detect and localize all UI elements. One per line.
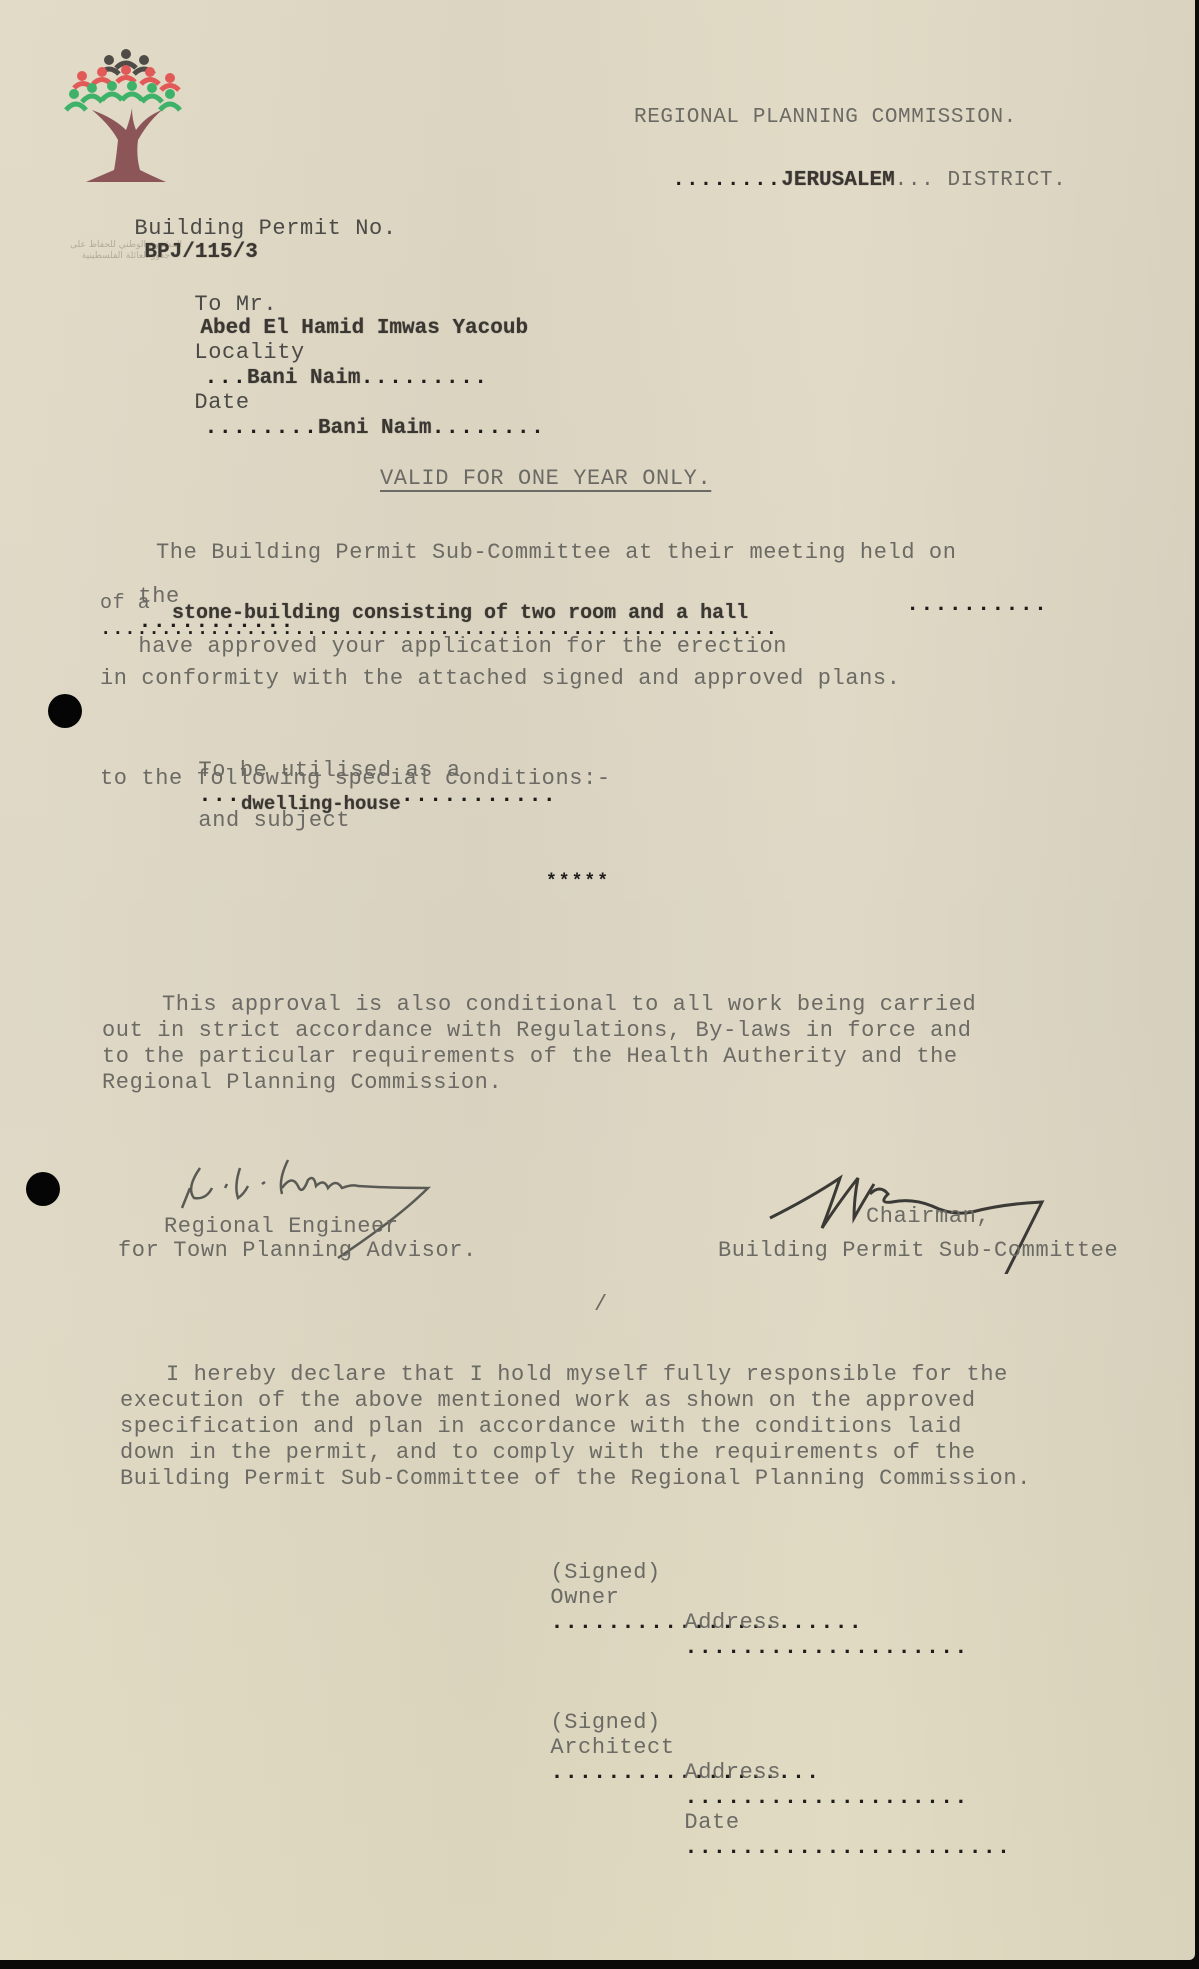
section-separator: *****: [546, 872, 610, 892]
owner-address-field[interactable]: ....................: [684, 1635, 968, 1660]
erection-dots: ..........: [906, 592, 1048, 617]
permit-number-label: Building Permit No.: [134, 216, 396, 241]
declaration-line5: Building Permit Sub-Committee of the Reg…: [120, 1466, 1031, 1491]
punch-hole-upper: [48, 694, 82, 728]
to-label: To Mr.: [194, 292, 277, 317]
permit-number-value: BPJ/115/3: [144, 241, 257, 264]
architect-address-label: Address: [684, 1760, 781, 1785]
locality-label: Locality: [194, 340, 304, 365]
declaration-line3: specification and plan in accordance wit…: [120, 1414, 962, 1439]
architect-date-line: Date .......................: [646, 1792, 1011, 1878]
engineer-title-line2: for Town Planning Advisor.: [118, 1238, 477, 1263]
architect-date-label: Date: [684, 1810, 739, 1835]
conditions-line1: This approval is also conditional to all…: [162, 992, 976, 1017]
owner-signed-label: (Signed): [550, 1560, 660, 1585]
date-line: Date ........Bani Naim........: [156, 372, 545, 458]
date-label: Date: [194, 390, 249, 415]
approval-line3-start: of a: [100, 592, 150, 615]
permit-number-line: Building Permit No. BPJ/115/3: [96, 198, 397, 282]
conditions-line2: out in strict accordance with Regulation…: [102, 1018, 972, 1043]
owner-address-line: Address ....................: [646, 1592, 968, 1678]
approval-line5: in conformity with the attached signed a…: [100, 666, 901, 691]
district-value: JERUSALEM: [781, 169, 894, 192]
slash-mark: /: [594, 1292, 608, 1317]
usage-line2: to the following special conditions:-: [100, 766, 611, 791]
punch-hole-lower: [26, 1172, 60, 1206]
architect-date-field[interactable]: .......................: [684, 1835, 1011, 1860]
owner-label: Owner: [550, 1585, 619, 1610]
architect-signed-label: (Signed): [550, 1710, 660, 1735]
date-suffix-dots: ........: [431, 415, 545, 440]
chairman-title-line1: Chairman,: [866, 1204, 990, 1229]
usage-value: dwelling-house: [241, 793, 401, 815]
district-prefix-dots: ........: [672, 169, 781, 192]
family-tree-logo-icon: [62, 48, 182, 188]
engineer-title-line1: Regional Engineer: [164, 1214, 399, 1239]
district-line: ........JERUSALEM... DISTRICT.: [622, 146, 1066, 215]
commission-title: REGIONAL PLANNING COMMISSION.: [634, 106, 1017, 129]
declaration-line4: down in the permit, and to comply with t…: [120, 1440, 976, 1465]
date-prefix-dots: ........: [204, 415, 318, 440]
permit-document: المشروع الوطني للحفاظ على جذور العائلة ا…: [0, 0, 1195, 1960]
erection-dots-line2: ........................................…: [100, 618, 778, 640]
district-suffix: ... DISTRICT.: [895, 169, 1067, 192]
owner-address-label: Address: [684, 1610, 781, 1635]
conditions-line3: to the particular requirements of the He…: [102, 1044, 958, 1069]
declaration-line1: I hereby declare that I hold myself full…: [166, 1362, 1008, 1387]
approval-line1: The Building Permit Sub-Committee at the…: [156, 540, 957, 565]
usage-line1: To be utilised as a ...dwelling-house...…: [160, 740, 557, 851]
date-value: Bani Naim: [318, 417, 431, 440]
declaration-line2: execution of the above mentioned work as…: [120, 1388, 976, 1413]
chairman-title-line2: Building Permit Sub-Committee: [718, 1238, 1118, 1263]
validity-notice: VALID FOR ONE YEAR ONLY.: [380, 466, 711, 491]
conditions-line4: Regional Planning Commission.: [102, 1070, 502, 1095]
